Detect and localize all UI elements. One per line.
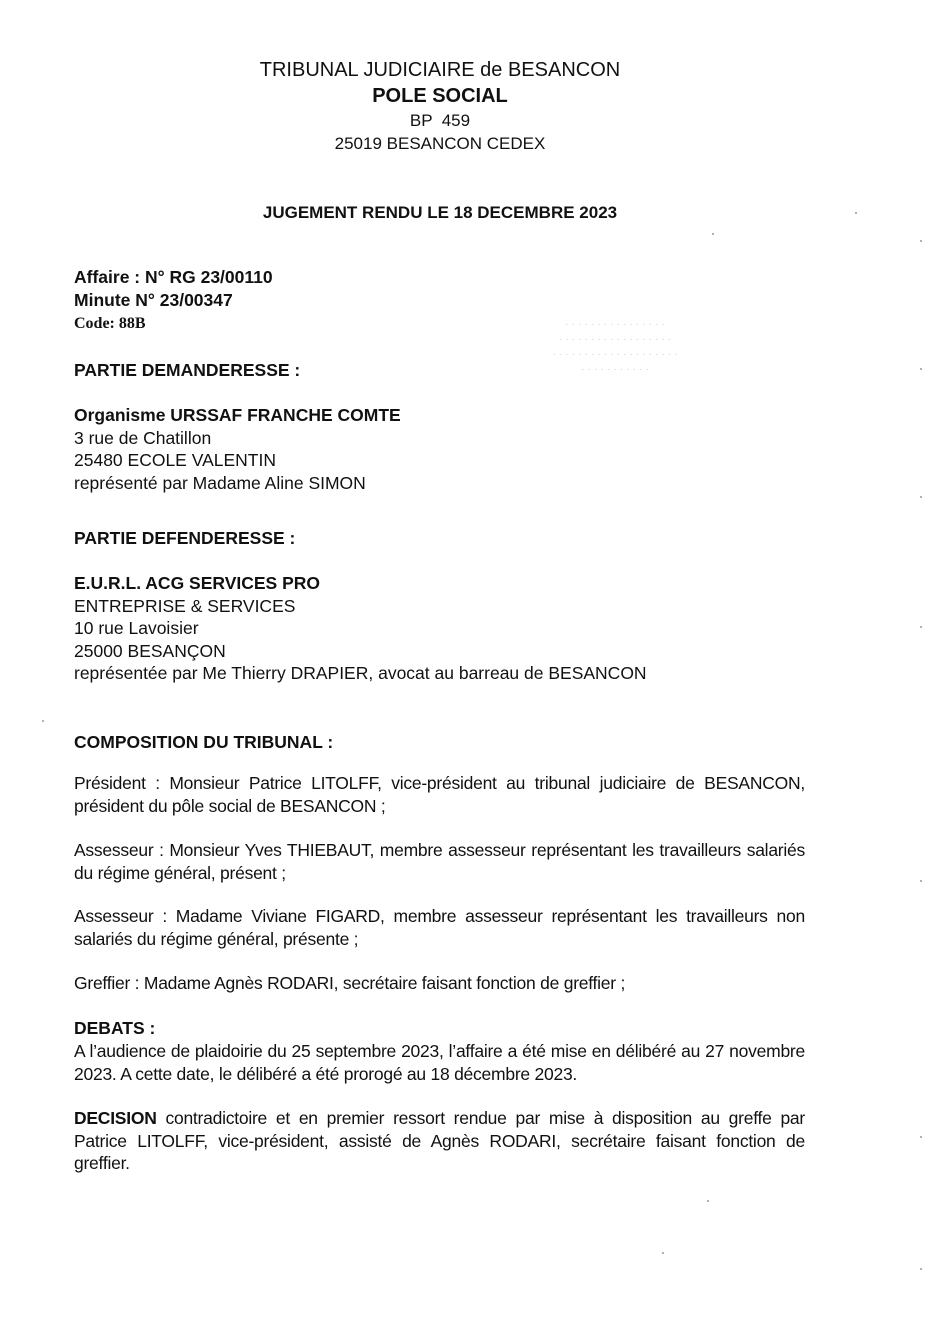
composition-heading: COMPOSITION DU TRIBUNAL : <box>74 731 333 754</box>
scan-speck <box>920 1136 922 1138</box>
plaintiff-representative: représenté par Madame Aline SIMON <box>74 472 401 495</box>
scan-speck <box>712 233 714 235</box>
case-minute: Minute N° 23/00347 <box>74 289 233 312</box>
judgment-title: JUGEMENT RENDU LE 18 DECEMBRE 2023 <box>0 202 880 224</box>
debates-heading: DEBATS : <box>74 1017 155 1040</box>
composition-assessor-1: Assesseur : Monsieur Yves THIEBAUT, memb… <box>74 839 805 884</box>
scan-speck <box>920 1268 922 1270</box>
scan-speck <box>855 212 857 214</box>
defendant-block: E.U.R.L. ACG SERVICES PRO ENTREPRISE & S… <box>74 572 647 685</box>
scan-speck <box>920 240 922 242</box>
scan-speck <box>662 1252 664 1254</box>
composition-assessor-2: Assesseur : Madame Viviane FIGARD, membr… <box>74 905 805 950</box>
decision-paragraph: DECISION contradictoire et en premier re… <box>74 1107 805 1175</box>
scan-speck <box>920 368 922 370</box>
composition-president: Président : Monsieur Patrice LITOLFF, vi… <box>74 772 805 817</box>
court-name: TRIBUNAL JUDICIAIRE de BESANCON <box>0 58 880 82</box>
debates-text: A l’audience de plaidoirie du 25 septemb… <box>74 1040 805 1085</box>
scan-speck <box>920 880 922 882</box>
scan-speck <box>707 1200 709 1202</box>
document-page: TRIBUNAL JUDICIAIRE de BESANCON POLE SOC… <box>0 0 944 1341</box>
plaintiff-block: Organisme URSSAF FRANCHE COMTE 3 rue de … <box>74 404 401 494</box>
defendant-address-1: 10 rue Lavoisier <box>74 617 647 640</box>
faded-stamp: · · · · · · · · · · · · · · · ·· · · · ·… <box>470 318 760 378</box>
decision-label: DECISION <box>74 1108 157 1128</box>
plaintiff-heading: PARTIE DEMANDERESSE : <box>74 359 300 382</box>
scan-speck <box>920 626 922 628</box>
defendant-address-2: 25000 BESANÇON <box>74 640 647 663</box>
decision-text: contradictoire et en premier ressort ren… <box>74 1108 805 1173</box>
plaintiff-name: Organisme URSSAF FRANCHE COMTE <box>74 404 401 427</box>
defendant-name: E.U.R.L. ACG SERVICES PRO <box>74 572 647 595</box>
defendant-subtitle: ENTREPRISE & SERVICES <box>74 595 647 618</box>
scan-speck <box>42 720 44 722</box>
court-city: 25019 BESANCON CEDEX <box>0 134 880 154</box>
court-po-box: BP 459 <box>0 111 880 131</box>
case-affaire: Affaire : N° RG 23/00110 <box>74 266 273 289</box>
plaintiff-address-2: 25480 ECOLE VALENTIN <box>74 449 401 472</box>
court-division: POLE SOCIAL <box>0 84 880 108</box>
case-code: Code: 88B <box>74 313 146 336</box>
defendant-heading: PARTIE DEFENDERESSE : <box>74 527 295 550</box>
defendant-representative: représentée par Me Thierry DRAPIER, avoc… <box>74 662 647 685</box>
composition-clerk: Greffier : Madame Agnès RODARI, secrétai… <box>74 972 805 995</box>
plaintiff-address-1: 3 rue de Chatillon <box>74 427 401 450</box>
scan-speck <box>920 496 922 498</box>
